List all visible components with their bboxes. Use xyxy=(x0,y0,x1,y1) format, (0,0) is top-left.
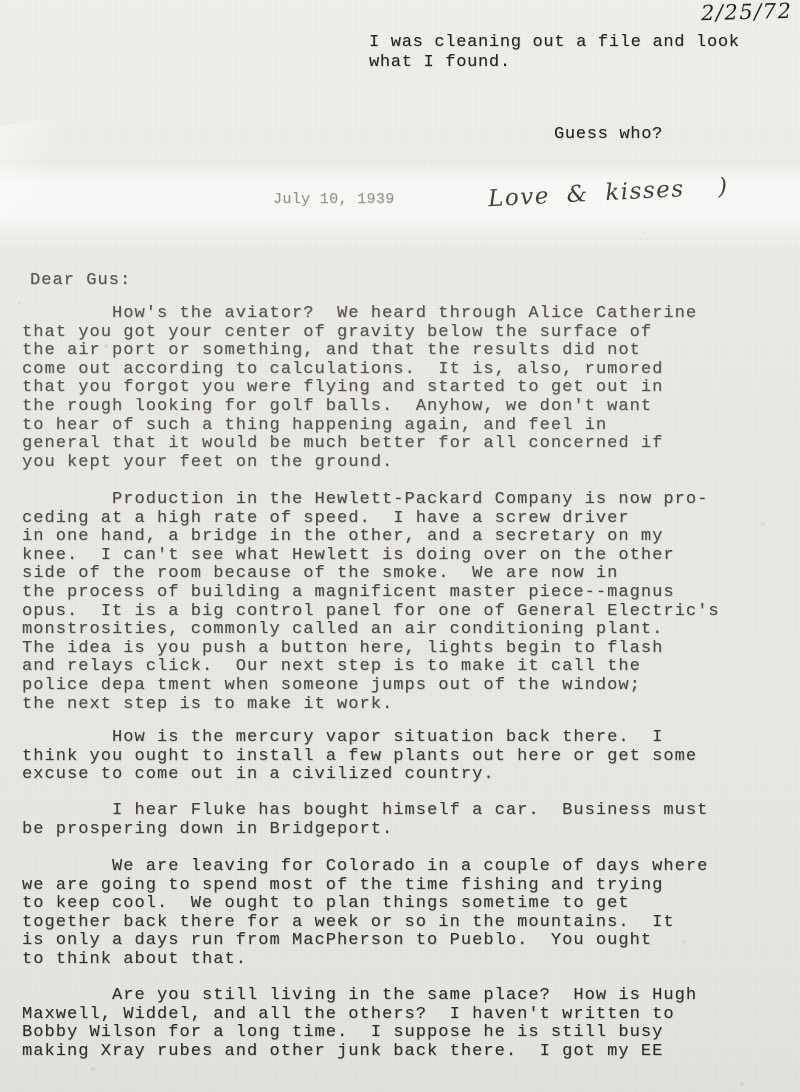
letter-date: July 10, 1939 xyxy=(273,191,395,210)
paragraph-mercury-vapor: How is the mercury vapor situation back … xyxy=(22,729,697,785)
paragraph-colorado-trip: We are leaving for Colorado in a couple … xyxy=(22,858,708,970)
handwritten-love-and-kisses: Love & kisses ) xyxy=(487,174,729,213)
handwritten-received-date: 2/25/72 xyxy=(700,0,792,25)
cover-note: I was cleaning out a file and look what … xyxy=(369,33,740,72)
paper-fold-highlight xyxy=(0,112,108,218)
scan-speckles xyxy=(0,0,2,2)
salutation: Dear Gus: xyxy=(30,272,131,291)
paragraph-hp-production: Production in the Hewlett-Packard Compan… xyxy=(22,491,720,714)
paragraph-fluke-car: I hear Fluke has bought himself a car. B… xyxy=(22,802,708,839)
guess-who-note: Guess who? xyxy=(554,126,663,145)
scanned-letter-page: 2/25/72 I was cleaning out a file and lo… xyxy=(0,0,800,1092)
paragraph-old-friends: Are you still living in the same place? … xyxy=(22,987,697,1061)
paragraph-aviator: How's the aviator? We heard through Alic… xyxy=(22,305,697,472)
